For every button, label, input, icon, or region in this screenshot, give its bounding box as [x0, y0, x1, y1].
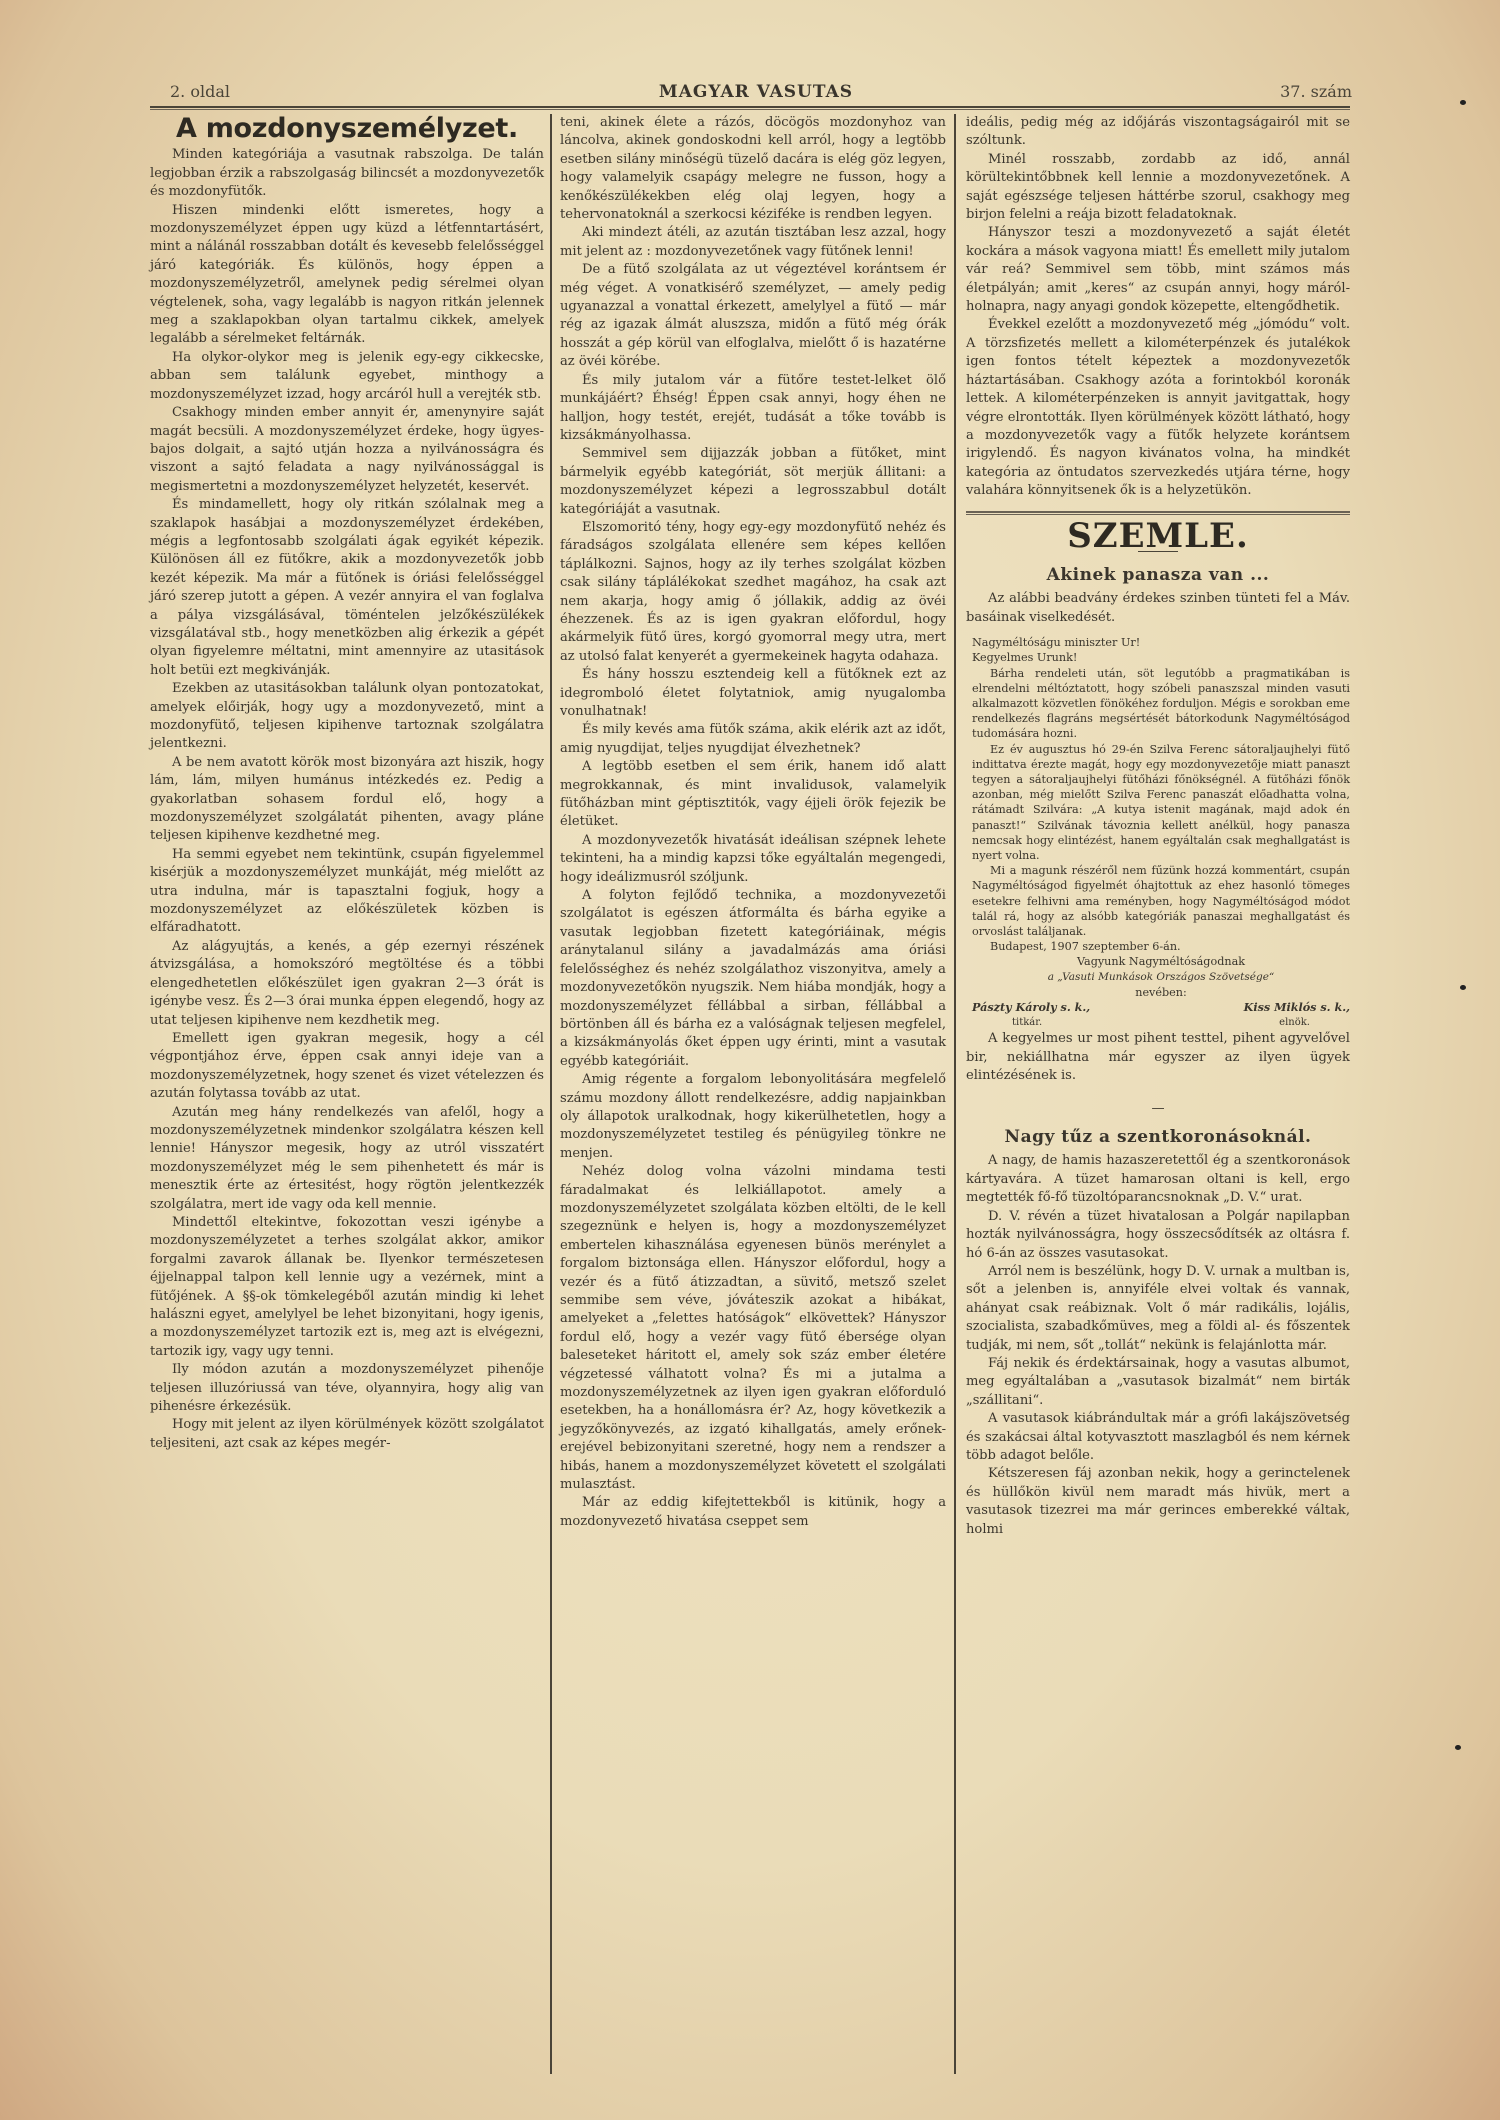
closing-line: Vagyunk Nagyméltóságodnak — [972, 954, 1350, 969]
paragraph: Mindettől eltekintve, fokozottan veszi i… — [150, 1214, 544, 1361]
paragraph: És hány hosszu esztendeig kell a fütőkne… — [560, 666, 946, 721]
page-header: 2. oldal MAGYAR VASUTAS 37. szám — [150, 82, 1362, 104]
paragraph: És mily jutalom vár a fütőre testet-lelk… — [560, 372, 946, 446]
paragraph: De a fütő szolgálata az ut végeztével ko… — [560, 261, 946, 371]
ink-spot — [1460, 100, 1466, 105]
paragraph: Fáj nekik és érdektársainak, hogy a vasu… — [966, 1355, 1350, 1410]
signer-1-role: titkár. — [1012, 1015, 1042, 1030]
paragraph: teni, akinek élete a rázós, döcögös mozd… — [560, 114, 946, 224]
paragraph: Minél rosszabb, zordabb az idő, annál kö… — [966, 151, 1350, 225]
paragraph: Ha olykor-olykor meg is jelenik egy-egy … — [150, 349, 544, 404]
paragraph: Hiszen mindenki előtt ismeretes, hogy a … — [150, 202, 544, 349]
letter-paragraph: Mi a magunk részéről nem fűzünk hozzá ko… — [972, 863, 1350, 939]
signatures: Pászty Károly s. k., Kiss Miklós s. k., — [972, 1000, 1350, 1015]
paragraph: Azután meg hány rendelkezés van afelől, … — [150, 1104, 544, 1214]
column-2: teni, akinek élete a rázós, döcögös mozd… — [552, 114, 956, 2074]
paragraph: A nagy, de hamis hazaszeretettől ég a sz… — [966, 1152, 1350, 1207]
salutation: Nagyméltóságu miniszter Ur! — [972, 635, 1350, 650]
paragraph: Ha semmi egyebet nem tekintünk, csupán f… — [150, 846, 544, 938]
section-divider — [966, 511, 1350, 515]
paragraph: A legtöbb esetben el sem érik, hanem idő… — [560, 758, 946, 832]
letter-paragraph: Bárha rendeleti után, söt legutóbb a pra… — [972, 666, 1350, 742]
closing-line: nevében: — [972, 985, 1350, 1000]
signer-2-role: elnök. — [1279, 1015, 1310, 1030]
paragraph: Elszomoritó tény, hogy egy-egy mozdonyfü… — [560, 519, 946, 666]
paragraph: A kegyelmes ur most pihent testtel, pihe… — [966, 1030, 1350, 1085]
paragraph: Az alábbi beadvány érdekes szinben tünte… — [966, 590, 1350, 627]
paragraph: A folyton fejlődő technika, a mozdonyvez… — [560, 887, 946, 1071]
masthead: MAGYAR VASUTAS — [150, 82, 1362, 102]
column-3: ideális, pedig még az időjárás viszontag… — [956, 114, 1356, 2074]
column-1: A mozdonyszemélyzet. Minden kategóriája … — [150, 114, 552, 2074]
signer-2-name: Kiss Miklós s. k., — [1244, 1000, 1350, 1015]
letter-paragraph: Ez év augusztus hó 29-én Szilva Ferenc s… — [972, 742, 1350, 864]
paragraph: ideális, pedig még az időjárás viszontag… — [966, 114, 1350, 151]
subsection-title: Nagy tűz a szentkoronásoknál. — [966, 1128, 1350, 1146]
newspaper-page: 2. oldal MAGYAR VASUTAS 37. szám A mozdo… — [150, 82, 1362, 2074]
article-title: A mozdonyszemélyzet. — [150, 120, 544, 138]
paragraph: Ily módon azután a mozdonyszemélyzet pih… — [150, 1361, 544, 1416]
paragraph: Kétszeresen fáj azonban nekik, hogy a ge… — [966, 1465, 1350, 1539]
paragraph: Emellett igen gyakran megesik, hogy a cé… — [150, 1030, 544, 1104]
paragraph: Aki mindezt átéli, az azután tisztában l… — [560, 224, 946, 261]
paragraph: A vasutasok kiábrándultak már a grófi la… — [966, 1410, 1350, 1465]
paragraph: Hányszor teszi a mozdonyvezető a saját é… — [966, 224, 1350, 316]
salutation: Kegyelmes Urunk! — [972, 650, 1350, 665]
paragraph: Már az eddig kifejtettekből is kitünik, … — [560, 1494, 946, 1531]
letter-block: Nagyméltóságu miniszter Ur! Kegyelmes Ur… — [966, 627, 1350, 1030]
issue-number: 37. szám — [1280, 82, 1352, 101]
date-line: Budapest, 1907 szeptember 6-án. — [972, 939, 1350, 954]
paragraph: A be nem avatott körök most bizonyára az… — [150, 754, 544, 846]
ink-spot — [1455, 1745, 1461, 1750]
paragraph: D. V. révén a tüzet hivatalosan a Polgár… — [966, 1208, 1350, 1263]
paragraph: Semmivel sem dijjazzák jobban a fütőket,… — [560, 445, 946, 519]
paragraph: Amig régente a forgalom lebonyolitására … — [560, 1071, 946, 1163]
paragraph: Ezekben az utasitásokban találunk olyan … — [150, 680, 544, 754]
paragraph: Évekkel ezelőtt a mozdonyvezető még „jóm… — [966, 316, 1350, 500]
columns: A mozdonyszemélyzet. Minden kategóriája … — [150, 114, 1362, 2074]
subsection-title: Akinek panasza van ... — [966, 566, 1350, 584]
dash-divider: — — [966, 1100, 1350, 1118]
ink-spot — [1460, 985, 1466, 990]
section-heading-szemle: SZEMLE. — [966, 527, 1350, 545]
paragraph: Minden kategóriája a vasutnak rabszolga.… — [150, 146, 544, 201]
paragraph: Hogy mit jelent az ilyen körülmények köz… — [150, 1416, 544, 1453]
header-rule — [150, 106, 1350, 110]
paragraph: Arról nem is beszélünk, hogy D. V. urnak… — [966, 1263, 1350, 1355]
signer-1-name: Pászty Károly s. k., — [972, 1000, 1090, 1015]
signer-roles: titkár. elnök. — [972, 1015, 1350, 1030]
paragraph: Nehéz dolog volna vázolni mindama testi … — [560, 1163, 946, 1494]
paragraph: És mindamellett, hogy oly ritkán szólaln… — [150, 496, 544, 680]
paragraph: A mozdonyvezetők hivatását ideálisan szé… — [560, 832, 946, 887]
closing-line: a „Vasuti Munkások Országos Szövetsége“ — [972, 970, 1350, 985]
paragraph: Az alágyujtás, a kenés, a gép ezernyi ré… — [150, 938, 544, 1030]
paragraph: És mily kevés ama fütők száma, akik elér… — [560, 721, 946, 758]
paragraph: Csakhogy minden ember annyit ér, amenyny… — [150, 404, 544, 496]
